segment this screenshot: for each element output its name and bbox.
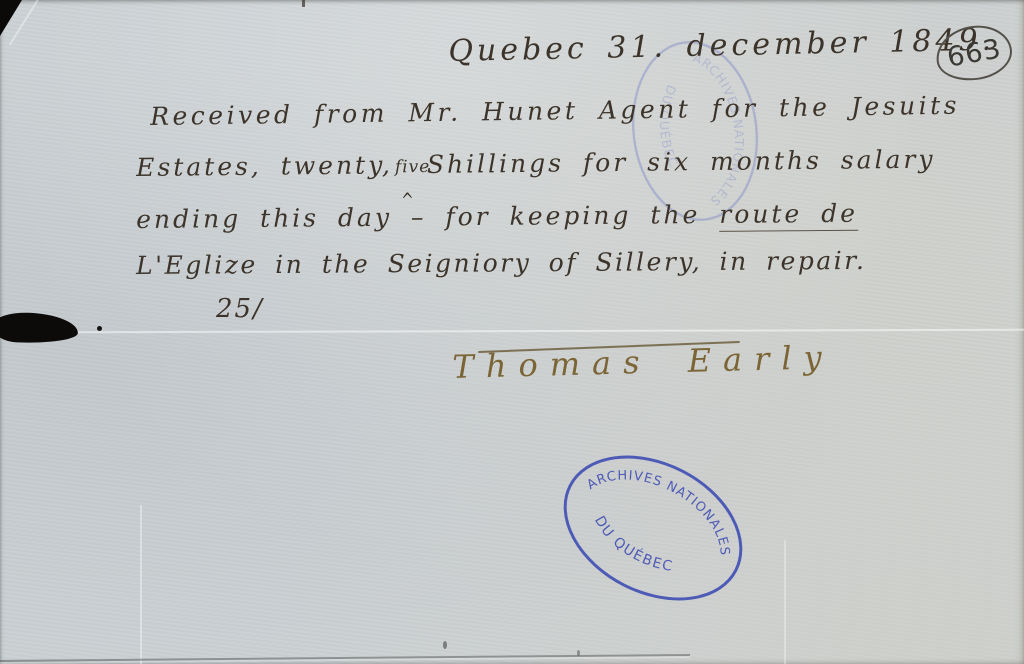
vertical-fold-crease-left bbox=[140, 505, 142, 664]
body-line-eglise: L'Eglize in the Seigniory of Sillery, in… bbox=[136, 246, 866, 280]
inserted-word: five bbox=[395, 157, 431, 177]
page-number: 663 bbox=[944, 33, 1003, 73]
svg-text:DU QUÉBEC: DU QUÉBEC bbox=[583, 509, 683, 581]
estates-text-after: Shillings for six months salary bbox=[427, 145, 936, 179]
underlined-phrase: route de bbox=[719, 199, 858, 232]
vertical-fold-crease-right bbox=[784, 540, 786, 664]
top-edge-mark bbox=[302, 0, 305, 7]
estates-text-before: Estates, twenty, bbox=[136, 150, 393, 182]
paper-speck bbox=[443, 641, 447, 649]
stamp-bottom-text: DU QUÉBEC bbox=[583, 509, 683, 581]
svg-text:ARCHIVES NATIONALES: ARCHIVES NATIONALES bbox=[581, 444, 750, 562]
ending-text: ending this day – for keeping the bbox=[136, 200, 700, 234]
paper-speck bbox=[577, 650, 580, 656]
amount-note: 25/ bbox=[216, 294, 264, 324]
stamp-top-text: ARCHIVES NATIONALES bbox=[581, 444, 750, 562]
body-line-ending: ending this day – for keeping the route … bbox=[136, 199, 858, 234]
archives-stamp: ARCHIVES NATIONALES DU QUÉBEC bbox=[533, 428, 773, 628]
